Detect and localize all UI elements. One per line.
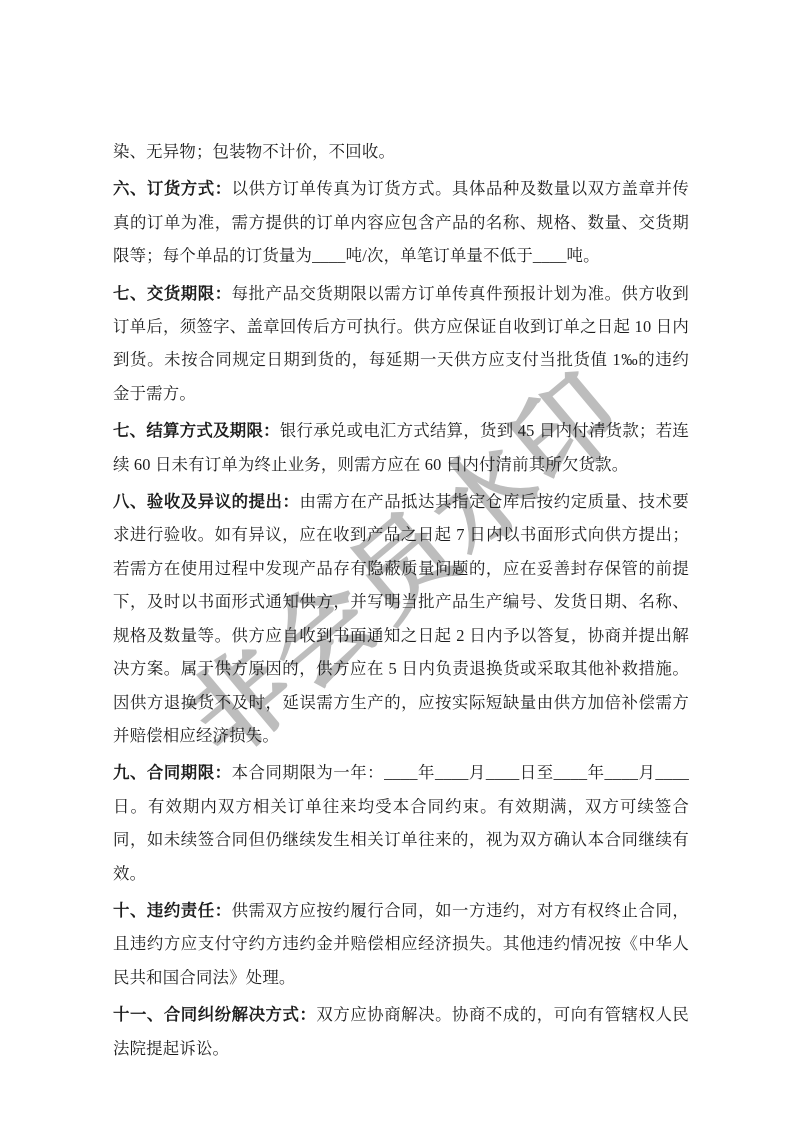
clause-paragraph-10: 十、违约责任：供需双方应按约履行合同，如一方违约，对方有权终止合同，且违约方应支… xyxy=(113,894,689,994)
clause-heading: 八、验收及异议的提出： xyxy=(113,492,299,511)
clause-heading: 七、交货期限： xyxy=(113,284,232,303)
clause-paragraph-6: 六、订货方式：以供方订单传真为订货方式。具体品种及数量以双方盖章并传真的订单为准… xyxy=(113,172,689,272)
clause-heading: 七、结算方式及期限： xyxy=(113,421,280,440)
clause-text: 由需方在产品抵达其指定仓库后按约定质量、技术要求进行验收。如有异议，应在收到产品… xyxy=(113,492,689,745)
clause-paragraph-8: 八、验收及异议的提出：由需方在产品抵达其指定仓库后按约定质量、技术要求进行验收。… xyxy=(113,485,689,752)
clause-heading: 十、违约责任： xyxy=(113,901,232,920)
clause-paragraph-11: 十一、合同纠纷解决方式：双方应协商解决。协商不成的，可向有管辖权人民法院提起诉讼… xyxy=(113,998,689,1065)
contract-body: 染、无异物；包装物不计价，不回收。 六、订货方式：以供方订单传真为订货方式。具体… xyxy=(0,0,800,1131)
clause-heading: 十一、合同纠纷解决方式： xyxy=(113,1005,316,1024)
clause-text: 染、无异物；包装物不计价，不回收。 xyxy=(113,142,395,161)
clause-paragraph-7-settlement: 七、结算方式及期限：银行承兑或电汇方式结算，货到 45 日内付清货款；若连续 6… xyxy=(113,414,689,481)
clause-paragraph-9: 九、合同期限：本合同期限为一年：____年____月____日至____年___… xyxy=(113,756,689,890)
clause-heading: 九、合同期限： xyxy=(113,763,232,782)
clause-heading: 六、订货方式： xyxy=(113,179,232,198)
clause-paragraph-continued: 染、无异物；包装物不计价，不回收。 xyxy=(113,135,689,168)
clause-paragraph-7-delivery: 七、交货期限：每批产品交货期限以需方订单传真件预报计划为准。供方收到订单后，须签… xyxy=(113,277,689,411)
contract-page: 非会员水印 染、无异物；包装物不计价，不回收。 六、订货方式：以供方订单传真为订… xyxy=(0,0,800,1131)
